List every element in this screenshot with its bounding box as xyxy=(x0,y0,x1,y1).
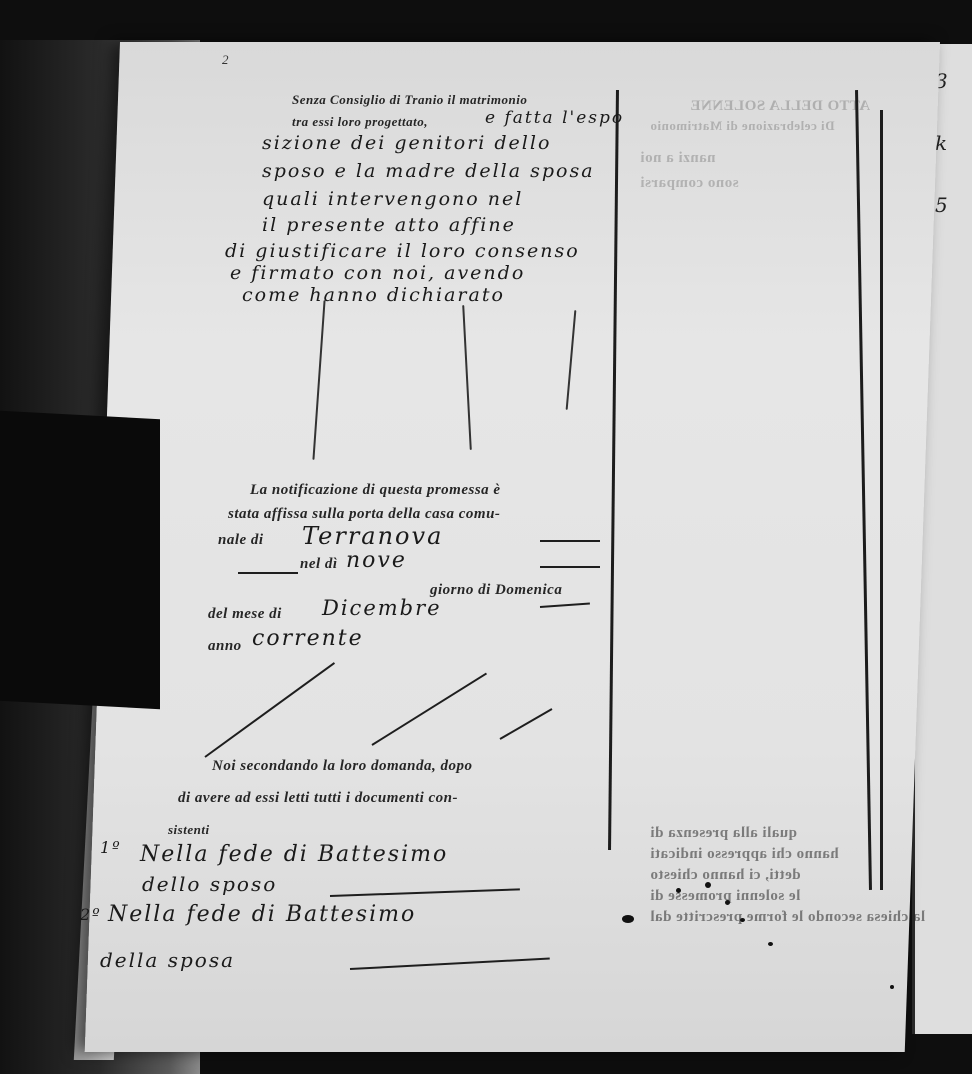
town-name: Terranova xyxy=(302,522,443,550)
bleed-line: hanno chi appresso indicati xyxy=(650,846,839,863)
bleed-frame-line xyxy=(880,110,883,890)
folio-mark: 2 xyxy=(222,52,229,68)
handwritten-line: sposo e la madre della sposa xyxy=(262,160,595,182)
day-value: nove xyxy=(346,548,407,573)
bleed-subheader: Di celebrazione di Matrimonio xyxy=(650,118,835,134)
bleed-line: sono comparsi xyxy=(640,175,739,192)
handwritten-line: e firmato con noi, avendo xyxy=(230,262,525,284)
printed-line: tra essi loro progettato, xyxy=(292,114,428,130)
ink-blot xyxy=(676,888,681,893)
ink-blot xyxy=(725,900,730,905)
handwritten-line: di giustificare il loro consenso xyxy=(225,240,580,262)
facing-page-handwriting: 3 k 5 xyxy=(935,50,972,450)
handwritten-line: quali intervengono nel xyxy=(262,188,523,210)
bleed-line: quali alla presenza di xyxy=(650,825,797,842)
printed-line: anno xyxy=(208,638,242,655)
printed-line: sistenti xyxy=(168,822,210,838)
bleed-line: nanzi a noi xyxy=(640,150,716,167)
handwritten-line: il presente atto affine xyxy=(262,214,516,236)
bleed-header: ATTO DELLA SOLENNE xyxy=(690,98,870,115)
handwritten-line: come hanno dichiarato xyxy=(242,284,505,306)
ink-blot xyxy=(740,918,745,922)
ink-blot xyxy=(622,915,634,923)
printed-line: La notificazione di questa promessa è xyxy=(250,482,501,499)
item-number: 2º xyxy=(80,905,102,924)
fill-line xyxy=(238,572,298,574)
handwritten-line: sizione dei genitori dello xyxy=(262,132,551,154)
printed-line: Senza Consiglio di Tranio il matrimonio xyxy=(292,92,527,108)
fill-line xyxy=(540,566,600,568)
printed-line: Noi secondando la loro domanda, dopo xyxy=(212,758,473,775)
ink-blot xyxy=(890,985,894,989)
printed-line: di avere ad essi letti tutti i documenti… xyxy=(178,790,458,807)
ink-blot xyxy=(705,882,711,888)
bleed-line: la chiesa secondo le forme prescritte da… xyxy=(650,909,925,926)
printed-line: del mese di xyxy=(208,606,282,623)
month-value: Dicembre xyxy=(322,596,442,620)
printed-line: nel dì xyxy=(300,556,338,573)
item-number: 1º xyxy=(100,838,122,857)
document-item: della sposa xyxy=(100,948,235,972)
printed-line: stata affissa sulla porta della casa com… xyxy=(228,506,500,523)
printed-line: nale di xyxy=(218,532,264,549)
bookmark-strip xyxy=(0,411,160,709)
document-item: Nella fede di Battesimo xyxy=(108,902,416,927)
handwritten-line: e fatta l'espo xyxy=(485,108,624,128)
ink-blot xyxy=(768,942,773,946)
fill-line xyxy=(540,540,600,542)
year-value: corrente xyxy=(252,626,364,651)
printed-line: giorno di Domenica xyxy=(430,582,562,599)
document-item: dello sposo xyxy=(142,872,277,896)
document-item: Nella fede di Battesimo xyxy=(140,842,448,867)
bleed-line: detti, ci hanno chiesto xyxy=(650,867,801,884)
